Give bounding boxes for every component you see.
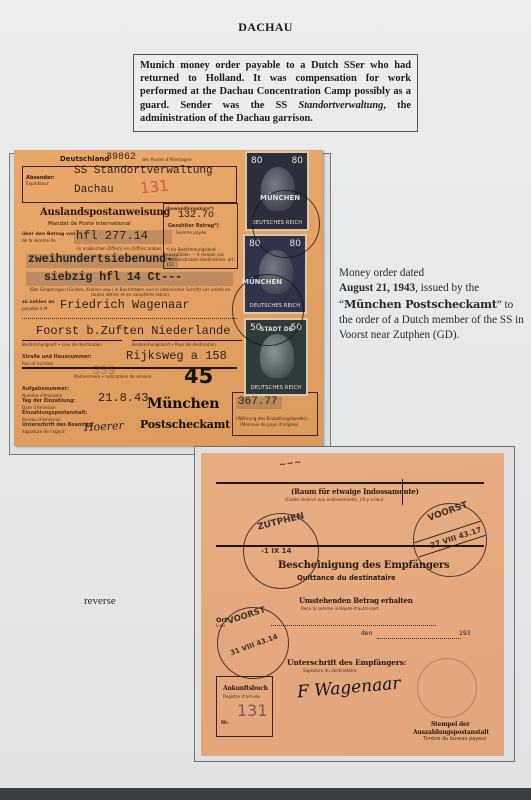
divider [132, 340, 242, 341]
service-number: 45 [184, 364, 213, 388]
empty-payer-stamp-circle [417, 658, 477, 718]
office-stamp-line-2: Postscheckamt [140, 418, 230, 431]
arrival-label: Ankunftsbuch [223, 685, 268, 692]
arrival-number: 131 [237, 701, 268, 720]
side-note-date: August 21, 1943 [339, 282, 415, 294]
endorsement-scribble: ~~~ [278, 457, 302, 470]
amount-label-fr: de la somme de [22, 238, 56, 243]
place-line [271, 625, 436, 626]
issue-number-label: Aufgabenummer: [22, 387, 69, 392]
sender-line-2: Dachau [74, 184, 114, 196]
currency-label-fr: (Monnaie du pays d'origine) [240, 422, 299, 427]
stamp-value: 80 [251, 156, 262, 166]
received-label-fr: Reçu la somme indiquée d'autre part [301, 606, 379, 611]
received-label: Umstehenden Betrag erhalten [299, 596, 413, 605]
payer-stamp-label-1: Stempel der [431, 721, 470, 728]
arrival-number-label: Nr. [221, 721, 229, 726]
stamp-country: DEUTSCHES REICH [246, 385, 306, 391]
page-bottom-edge [0, 788, 531, 800]
money-order-reverse: ~~~ (Raum für etwaige Indossamente) (Cad… [201, 453, 504, 756]
description-box: Munich money order payable to a Dutch SS… [133, 54, 418, 132]
paid-amount-label-fr: Somme payée [176, 230, 206, 235]
endorsement-title-fr: (Cadre réservé aux endossements, s'il y … [285, 497, 384, 502]
description-italic-term: Standortverwaltung [298, 100, 383, 111]
amount-label: über den Betrag von [22, 232, 75, 237]
payee-line [22, 318, 237, 319]
dest-country-label: Bestimmungsland • Pays de destination [132, 342, 216, 347]
amount-words-line-2: siebzig hfl 14 Ct--- [44, 271, 182, 284]
currency-value: 367.77 [238, 396, 278, 408]
conversion-value: 132.7o [178, 210, 214, 221]
zutphen-postmark-date: -1 IX 14 [261, 547, 291, 555]
side-note: Money order dated August 21, 1943, issue… [339, 266, 529, 343]
office-stamp-line-1: München [147, 396, 219, 412]
stamp-value: 80 [292, 156, 303, 166]
amount-words-note: (Der Eingetragen (Gulden, Kronen usw.) i… [24, 287, 236, 297]
country-line: Deutschland [60, 155, 109, 163]
page-title: DACHAU [0, 20, 531, 35]
receipt-title: Bescheinigung des Empfängers [278, 560, 449, 571]
destination-place: Foorst b.Zuften Niederlande [36, 324, 230, 338]
office-label: Einzahlungspostanstalt: [22, 411, 87, 416]
reverse-label: reverse [84, 595, 116, 607]
postmark-text: MÜNCHEN [260, 194, 300, 202]
clerk-signature: Hoerer [84, 419, 124, 434]
date-line [377, 638, 461, 639]
paid-amount-label: Gezahlter Betrag*) [168, 224, 219, 229]
sender-label-fr: Expéditeur [26, 181, 49, 186]
pay-date-label: Tag der Einzahlung: [22, 399, 75, 404]
endorsement-top-rule [216, 482, 484, 484]
money-order-front: Deutschland 39862 des Postes d'Allemagne… [14, 150, 323, 446]
postmark-text: MÜNCHEN [242, 278, 282, 286]
payer-stamp-label-2: Auszahlungspostanstalt [413, 729, 489, 736]
currency-label: (Währung des Einzahlungslandes) [236, 416, 307, 421]
arrival-label-fr: Registre d'arrivée [223, 694, 260, 699]
form-title: Auslandspostanweisung [40, 207, 170, 218]
office-label-fr: Bureau d'émission [22, 417, 61, 422]
payee-name: Friedrich Wagenaar [60, 298, 190, 312]
recipient-signature-label-fr: Signature du destinataire: [303, 668, 358, 673]
conversion-footnote: *) Im Bestimmungsland auszufüllen — A re… [166, 247, 236, 267]
service-label: Postvermerk • Indications de service [74, 374, 151, 379]
dest-place-label: Bestimmungsort • Lieu de destination [22, 342, 102, 347]
divider [22, 340, 122, 341]
street-label: Straße und Hausnummer: [22, 355, 92, 360]
pay-date: 21.8.43 [98, 391, 148, 405]
order-number: 39862 [106, 152, 136, 163]
country-line-fr: des Postes d'Allemagne [142, 157, 192, 162]
red-register-mark: 131 [139, 177, 169, 198]
amount-value: hfl 277.14 [76, 229, 148, 243]
side-note-office: München Postscheckamt [344, 297, 497, 311]
payee-label: zu zahlen an [22, 300, 55, 305]
payer-stamp-label-fr: Timbre du bureau payeur [423, 737, 487, 742]
year-label: 193 [459, 630, 470, 637]
recipient-signature: F Wagenaar [296, 674, 401, 703]
form-subtitle: Mandat de Poste international [48, 221, 131, 227]
receipt-title-fr: Quittance du destinataire [297, 574, 396, 582]
amount-note: (in arabischen Ziffern) en chiffres arab… [76, 246, 161, 251]
street-address: Rijksweg a 158 [126, 349, 227, 363]
pay-date-label-fr: Date d'émission [22, 405, 56, 410]
amount-words-line-1: zweihundertsiebenund- [28, 253, 173, 266]
signature-label-fr: Signature de l'agent [22, 429, 65, 434]
side-note-line-1: Money order dated [339, 267, 424, 279]
recipient-signature-label: Unterschrift des Empfängers: [287, 658, 406, 667]
street-label-fr: Rue et numéro [22, 361, 53, 366]
date-label: den [361, 630, 372, 637]
postmark-subtext: STADT DE [260, 326, 293, 333]
issue-number-label-fr: Numéro d'émission [22, 393, 62, 398]
endorsement-title: (Raum für etwaige Indossamente) [291, 487, 419, 496]
sender-line-1: SS Standortverwaltung [74, 165, 213, 177]
payee-label-fr: payable à M [22, 306, 48, 311]
